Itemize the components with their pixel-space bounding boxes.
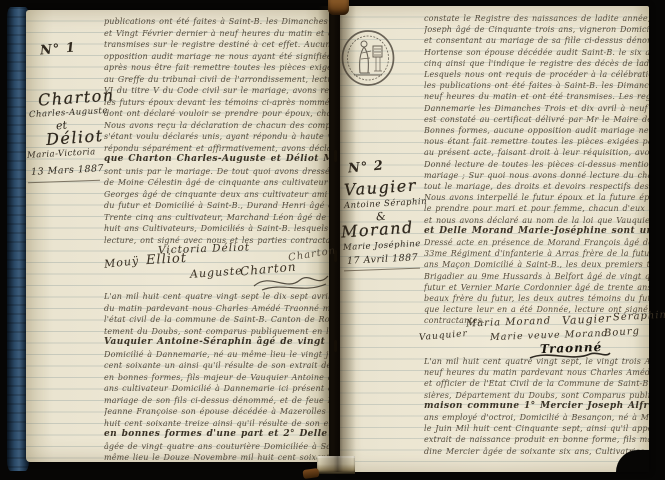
manuscript-line: mariage ; Sur quoi nous avons donné lect… xyxy=(424,170,649,181)
manuscript-line: neuf heures du matin et ont été transmis… xyxy=(424,91,649,102)
manuscript-line: et consentant au mariage de sa fille ci-… xyxy=(424,35,649,46)
manuscript-line: Brigadier au 9me Hussards à Belfort âgé … xyxy=(424,271,649,282)
manuscript-line: Bonnes formes, aucune opposition audit m… xyxy=(424,125,649,136)
page-stack-edge xyxy=(317,456,355,474)
binding-stitch xyxy=(334,340,337,352)
manuscript-line: huit ans Cultivateurs, Domiciliés à Sain… xyxy=(104,223,329,235)
signature-groom: Séraphin xyxy=(613,310,665,324)
binding-stitch xyxy=(334,150,337,162)
manuscript-line: sières, Département du Doubs, sont Compa… xyxy=(424,390,649,401)
manuscript-line: Nous avons reçu la déclaration de chacun… xyxy=(104,120,329,132)
manuscript-line: âgée de vingt quatre ans couturière Domi… xyxy=(104,441,329,453)
manuscript-line: sont unis par le mariage. De tout quoi a… xyxy=(104,166,329,178)
manuscript-line: ans employé d'octroi, Domicilié à Besanç… xyxy=(424,412,649,423)
manuscript-line: 33me Régiment d'infanterie à Arras frère… xyxy=(424,248,649,259)
manuscript-line: du matin pardevant nous Charles Amédé Tr… xyxy=(104,303,329,315)
manuscript-line: Dannemarie les Dimanches Trois et dix av… xyxy=(424,103,649,114)
manuscript-line: Georges âgé de cinquante deux ans cultiv… xyxy=(104,189,329,201)
manuscript-line: le Juin Mil huit cent Cinquante sept, ai… xyxy=(424,423,649,434)
manuscript-line: opposition audit mariage ne nous ayant é… xyxy=(104,51,329,63)
act-number-2: N° 2 xyxy=(347,158,384,176)
manuscript-line: L'an mil huit cent quatre vingt sept le … xyxy=(104,291,329,303)
manuscript-line: ans cultivateur Domicilié à Dannemarie i… xyxy=(104,383,329,395)
manuscript-line: L'an mil huit cent quatre vingt sept, le… xyxy=(424,356,649,367)
signature-groom: Vaugier xyxy=(562,312,613,328)
manuscript-line: huit cent soixante treize ainsi qu'il ré… xyxy=(104,418,329,430)
manuscript-line: le prendre pour mari et pour femme, chac… xyxy=(424,203,649,214)
manuscript-line: ans Maçon Domicilié à Saint-B., les deux… xyxy=(424,259,649,270)
manuscript-line: après nous être fait remettre toutes les… xyxy=(104,62,329,74)
manuscript-line: publications ont été faites à Saint-B. l… xyxy=(104,16,329,28)
manuscript-line: et Vingt Février dernier à neuf heures d… xyxy=(104,28,329,40)
manuscript-line: s'étant voulu déclarés unis, ayant répon… xyxy=(104,131,329,143)
register-scan: N° 1 Charton Charles-Auguste et Déliot M… xyxy=(0,0,665,480)
manuscript-line: l'état civil de la commune de Saint-B. C… xyxy=(104,314,329,326)
manuscript-line: que Charton Charles-Auguste et Déliot Ma… xyxy=(104,154,329,166)
manuscript-line: Hortense son épouse décédée audit Saint-… xyxy=(424,47,649,58)
manuscript-line: tement du Doubs, sont comparus publiquem… xyxy=(104,326,329,338)
manuscript-line: Vauquier Antoine-Séraphin âgé de vingt c… xyxy=(104,337,329,349)
manuscript-line: et officier de l'État Civil de la Commun… xyxy=(424,378,649,389)
manuscript-line: tout le mariage, des droits et devoirs r… xyxy=(424,181,649,192)
binding-stitch xyxy=(334,250,337,262)
manuscript-line: dine Mercier âgée de soixante six ans, C… xyxy=(424,446,649,457)
manuscript-line: et Delle Morand Marie-Joséphine sont uni… xyxy=(424,226,649,237)
manuscript-line: maison commune 1° Mercier Joseph Alfred … xyxy=(424,401,649,412)
manuscript-line: cinq ainsi que l'indique le registre des… xyxy=(424,58,649,69)
manuscript-line: nous étant fait remettre toutes les pièc… xyxy=(424,136,649,147)
manuscript-line: futur et Vernier Marie Cordonnier âgé de… xyxy=(424,282,649,293)
act-number-1: N° 1 xyxy=(39,40,76,58)
manuscript-line: dont ont déclaré vouloir se prendre pour… xyxy=(104,108,329,120)
manuscript-line: répondu séparément et affirmativement, a… xyxy=(104,143,329,155)
manuscript-line: mariage de son fils ci-dessus dénommé, e… xyxy=(104,395,329,407)
manuscript-line: les publications ont été faites à Saint-… xyxy=(424,80,649,91)
manuscript-line: Dressé acte en présence de Morand Franço… xyxy=(424,237,649,248)
manuscript-line: Lesquels nous ont requis de procéder à l… xyxy=(424,69,649,80)
bride-surname-1: Déliot xyxy=(45,126,104,149)
manuscript-line: du futur et Domicilié à Saint-B., Durand… xyxy=(104,200,329,212)
manuscript-line: au présent acte, faisant droit à leur ré… xyxy=(424,147,649,158)
manuscript-line: au Greffe du tribunal civil de l'arrondi… xyxy=(104,74,329,86)
manuscript-line: en bonnes formes, fils majeur de Vauquie… xyxy=(104,372,329,384)
manuscript-line: les futurs époux devant les témoins ci-a… xyxy=(104,97,329,109)
manuscript-line: de Moine Célestin âgé de cinquante ans c… xyxy=(104,177,329,189)
manuscript-line: Jeanne Françoise son épouse décédée à Ma… xyxy=(104,406,329,418)
manuscript-line: est constaté au certificat délivré par M… xyxy=(424,114,649,125)
leather-tab xyxy=(328,0,349,15)
manuscript-line: Joseph âgé de Cinquante trois ans, vigne… xyxy=(424,24,649,35)
manuscript-line: et nous avons déclaré au nom de la loi q… xyxy=(424,215,649,226)
manuscript-line: Domicilié à Dannemarie, né au même lieu … xyxy=(104,349,329,361)
manuscript-line: constate le Registre des naissances de l… xyxy=(424,13,649,24)
manuscript-line: Nous avons interpellé le futur époux et … xyxy=(424,192,649,203)
manuscript-line: Donné lecture de toutes les pièces ci-de… xyxy=(424,159,649,170)
manuscript-line: extrait de naissance produit en bonne fo… xyxy=(424,434,649,445)
manuscript-line: même lieu le Douze Novembre mil huit cen… xyxy=(104,452,329,464)
left-act1-text: publications ont été faites à Saint-B. l… xyxy=(104,16,329,248)
manuscript-line: Trente cinq ans cultivateur, Marchand Lé… xyxy=(104,212,329,224)
right-act3-text: L'an mil huit cent quatre vingt sept, le… xyxy=(424,356,649,458)
revenue-stamp-icon xyxy=(340,29,396,87)
left-act2-text: L'an mil huit cent quatre vingt sept le … xyxy=(104,291,329,465)
manuscript-line: cent soixante un ainsi qu'il résulte de … xyxy=(104,360,329,372)
manuscript-line: en bonnes formes d'une part et 2° Delle … xyxy=(104,429,329,441)
manuscript-line: VI du titre V du Code civil sur le maria… xyxy=(104,85,329,97)
manuscript-line: beaux frère du futur, les deux autres té… xyxy=(424,293,649,304)
manuscript-line: neuf heures du matin pardevant nous Char… xyxy=(424,367,649,378)
leather-tab xyxy=(302,468,319,479)
right-act2-text: constate le Registre des naissances de l… xyxy=(424,13,649,329)
manuscript-line: transmises sur le registre destiné à cet… xyxy=(104,39,329,51)
signature-witness: Elliot xyxy=(146,251,188,268)
